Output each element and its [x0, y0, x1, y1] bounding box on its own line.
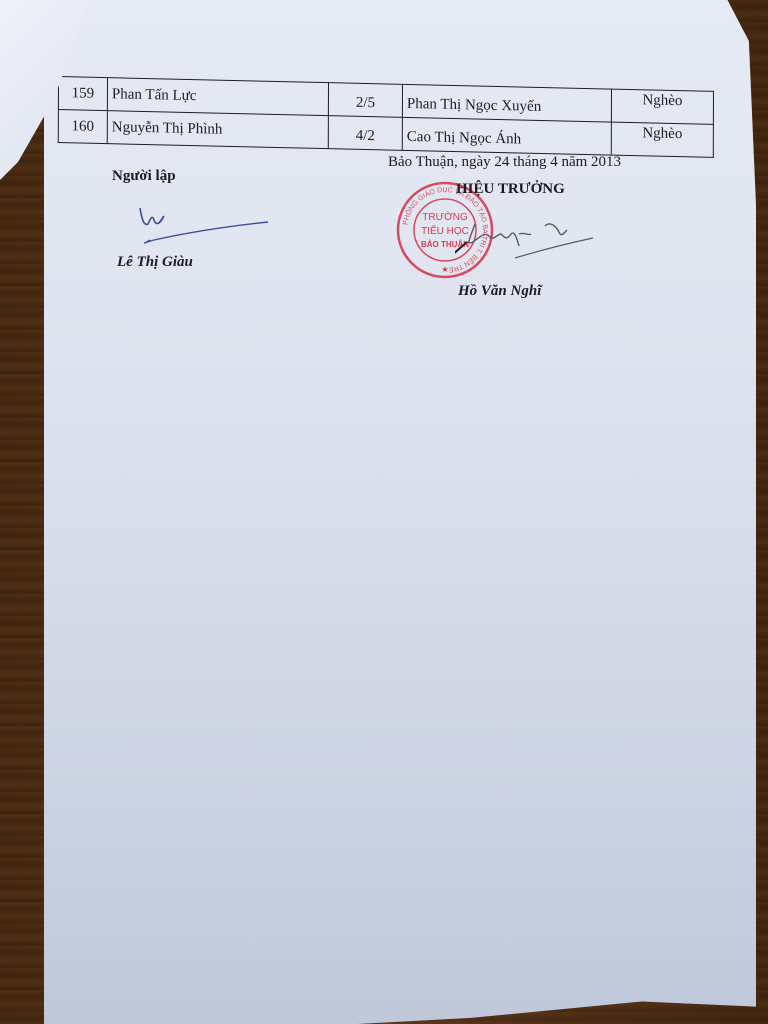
principal-signature — [455, 212, 605, 272]
student-name: Phan Tấn Lực — [107, 78, 328, 116]
parent-name: Phan Thị Ngọc Xuyến — [402, 84, 611, 122]
student-class: 2/5 — [328, 83, 402, 118]
household-status: Nghèo — [611, 89, 713, 124]
student-class: 4/2 — [328, 116, 402, 151]
household-status: Nghèo — [611, 122, 713, 157]
row-number: 160 — [58, 110, 107, 144]
student-list-table: 159 Phan Tấn Lực 2/5 Phan Thị Ngọc Xuyến… — [58, 76, 714, 155]
principal-title: HIỆU TRƯỞNG — [456, 181, 565, 198]
creator-signature — [130, 200, 270, 250]
date-line: Bảo Thuận, ngày 24 tháng 4 năm 2013 — [388, 154, 621, 171]
creator-label: Người lập — [112, 168, 176, 185]
row-number: 159 — [58, 77, 107, 111]
parent-name: Cao Thị Ngọc Ánh — [402, 117, 611, 155]
principal-name: Hồ Văn Nghĩ — [458, 283, 541, 300]
svg-text:★: ★ — [441, 265, 448, 274]
student-name: Nguyễn Thị Phình — [107, 111, 328, 149]
creator-name: Lê Thị Giàu — [117, 254, 193, 271]
